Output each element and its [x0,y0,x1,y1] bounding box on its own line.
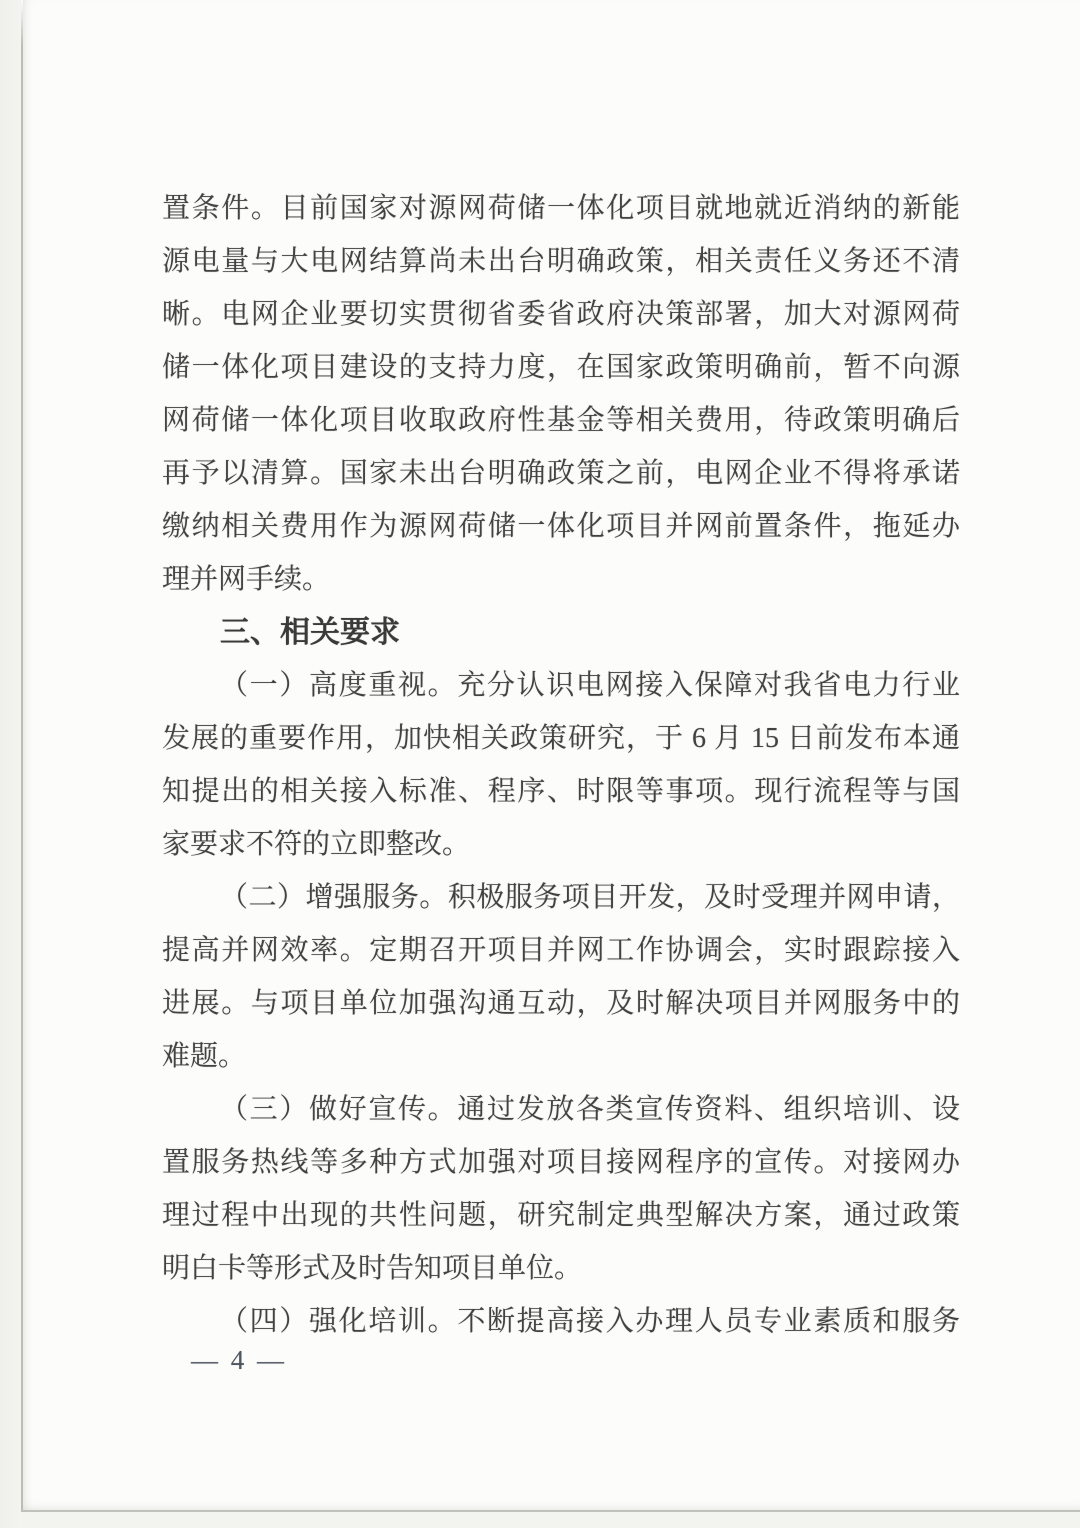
paragraph-item-1: （一）高度重视。充分认识电网接入保障对我省电力行业 发展的重要作用，加快相关政策… [162,659,960,871]
document-page: 置条件。目前国家对源网荷储一体化项目就地就近消纳的新能 源电量与大电网结算尚未出… [21,0,1080,1512]
body-line: 发展的重要作用，加快相关政策研究，于 6 月 15 日前发布本通 [162,712,960,765]
body-line: 源电量与大电网结算尚未出台明确政策，相关责任义务还不清 [162,235,960,288]
body-line: 难题。 [162,1030,960,1083]
body-line: 缴纳相关费用作为源网荷储一体化项目并网前置条件，拖延办 [162,500,960,553]
scanned-document-photo: 置条件。目前国家对源网荷储一体化项目就地就近消纳的新能 源电量与大电网结算尚未出… [0,0,1080,1528]
body-line: 置服务热线等多种方式加强对项目接网程序的宣传。对接网办 [162,1136,960,1189]
paragraph-item-3: （三）做好宣传。通过发放各类宣传资料、组织培训、设 置服务热线等多种方式加强对项… [162,1083,960,1295]
body-line: 理过程中出现的共性问题，研究制定典型解决方案，通过政策 [162,1189,960,1242]
document-body: 置条件。目前国家对源网荷储一体化项目就地就近消纳的新能 源电量与大电网结算尚未出… [162,182,960,1348]
body-line: 知提出的相关接入标准、程序、时限等事项。现行流程等与国 [162,765,960,818]
body-line: （三）做好宣传。通过发放各类宣传资料、组织培训、设 [162,1083,960,1136]
body-line: 家要求不符的立即整改。 [162,818,960,871]
body-line: 置条件。目前国家对源网荷储一体化项目就地就近消纳的新能 [162,182,960,235]
body-line: 网荷储一体化项目收取政府性基金等相关费用，待政策明确后 [162,394,960,447]
body-line: （二）增强服务。积极服务项目开发，及时受理并网申请， [162,871,960,924]
body-line: 晰。电网企业要切实贯彻省委省政府决策部署，加大对源网荷 [162,288,960,341]
body-line: 再予以清算。国家未出台明确政策之前，电网企业不得将承诺 [162,447,960,500]
page-number: — 4 — [191,1340,287,1380]
body-line: 提高并网效率。定期召开项目并网工作协调会，实时跟踪接入 [162,924,960,977]
section-heading: 三、相关要求 [162,606,960,659]
paragraph-continuation: 置条件。目前国家对源网荷储一体化项目就地就近消纳的新能 源电量与大电网结算尚未出… [162,182,960,606]
body-line: 储一体化项目建设的支持力度，在国家政策明确前，暂不向源 [162,341,960,394]
body-line: （一）高度重视。充分认识电网接入保障对我省电力行业 [162,659,960,712]
body-line: 明白卡等形式及时告知项目单位。 [162,1242,960,1295]
paragraph-item-2: （二）增强服务。积极服务项目开发，及时受理并网申请， 提高并网效率。定期召开项目… [162,871,960,1083]
body-line: 进展。与项目单位加强沟通互动，及时解决项目并网服务中的 [162,977,960,1030]
body-line: 理并网手续。 [162,553,960,606]
